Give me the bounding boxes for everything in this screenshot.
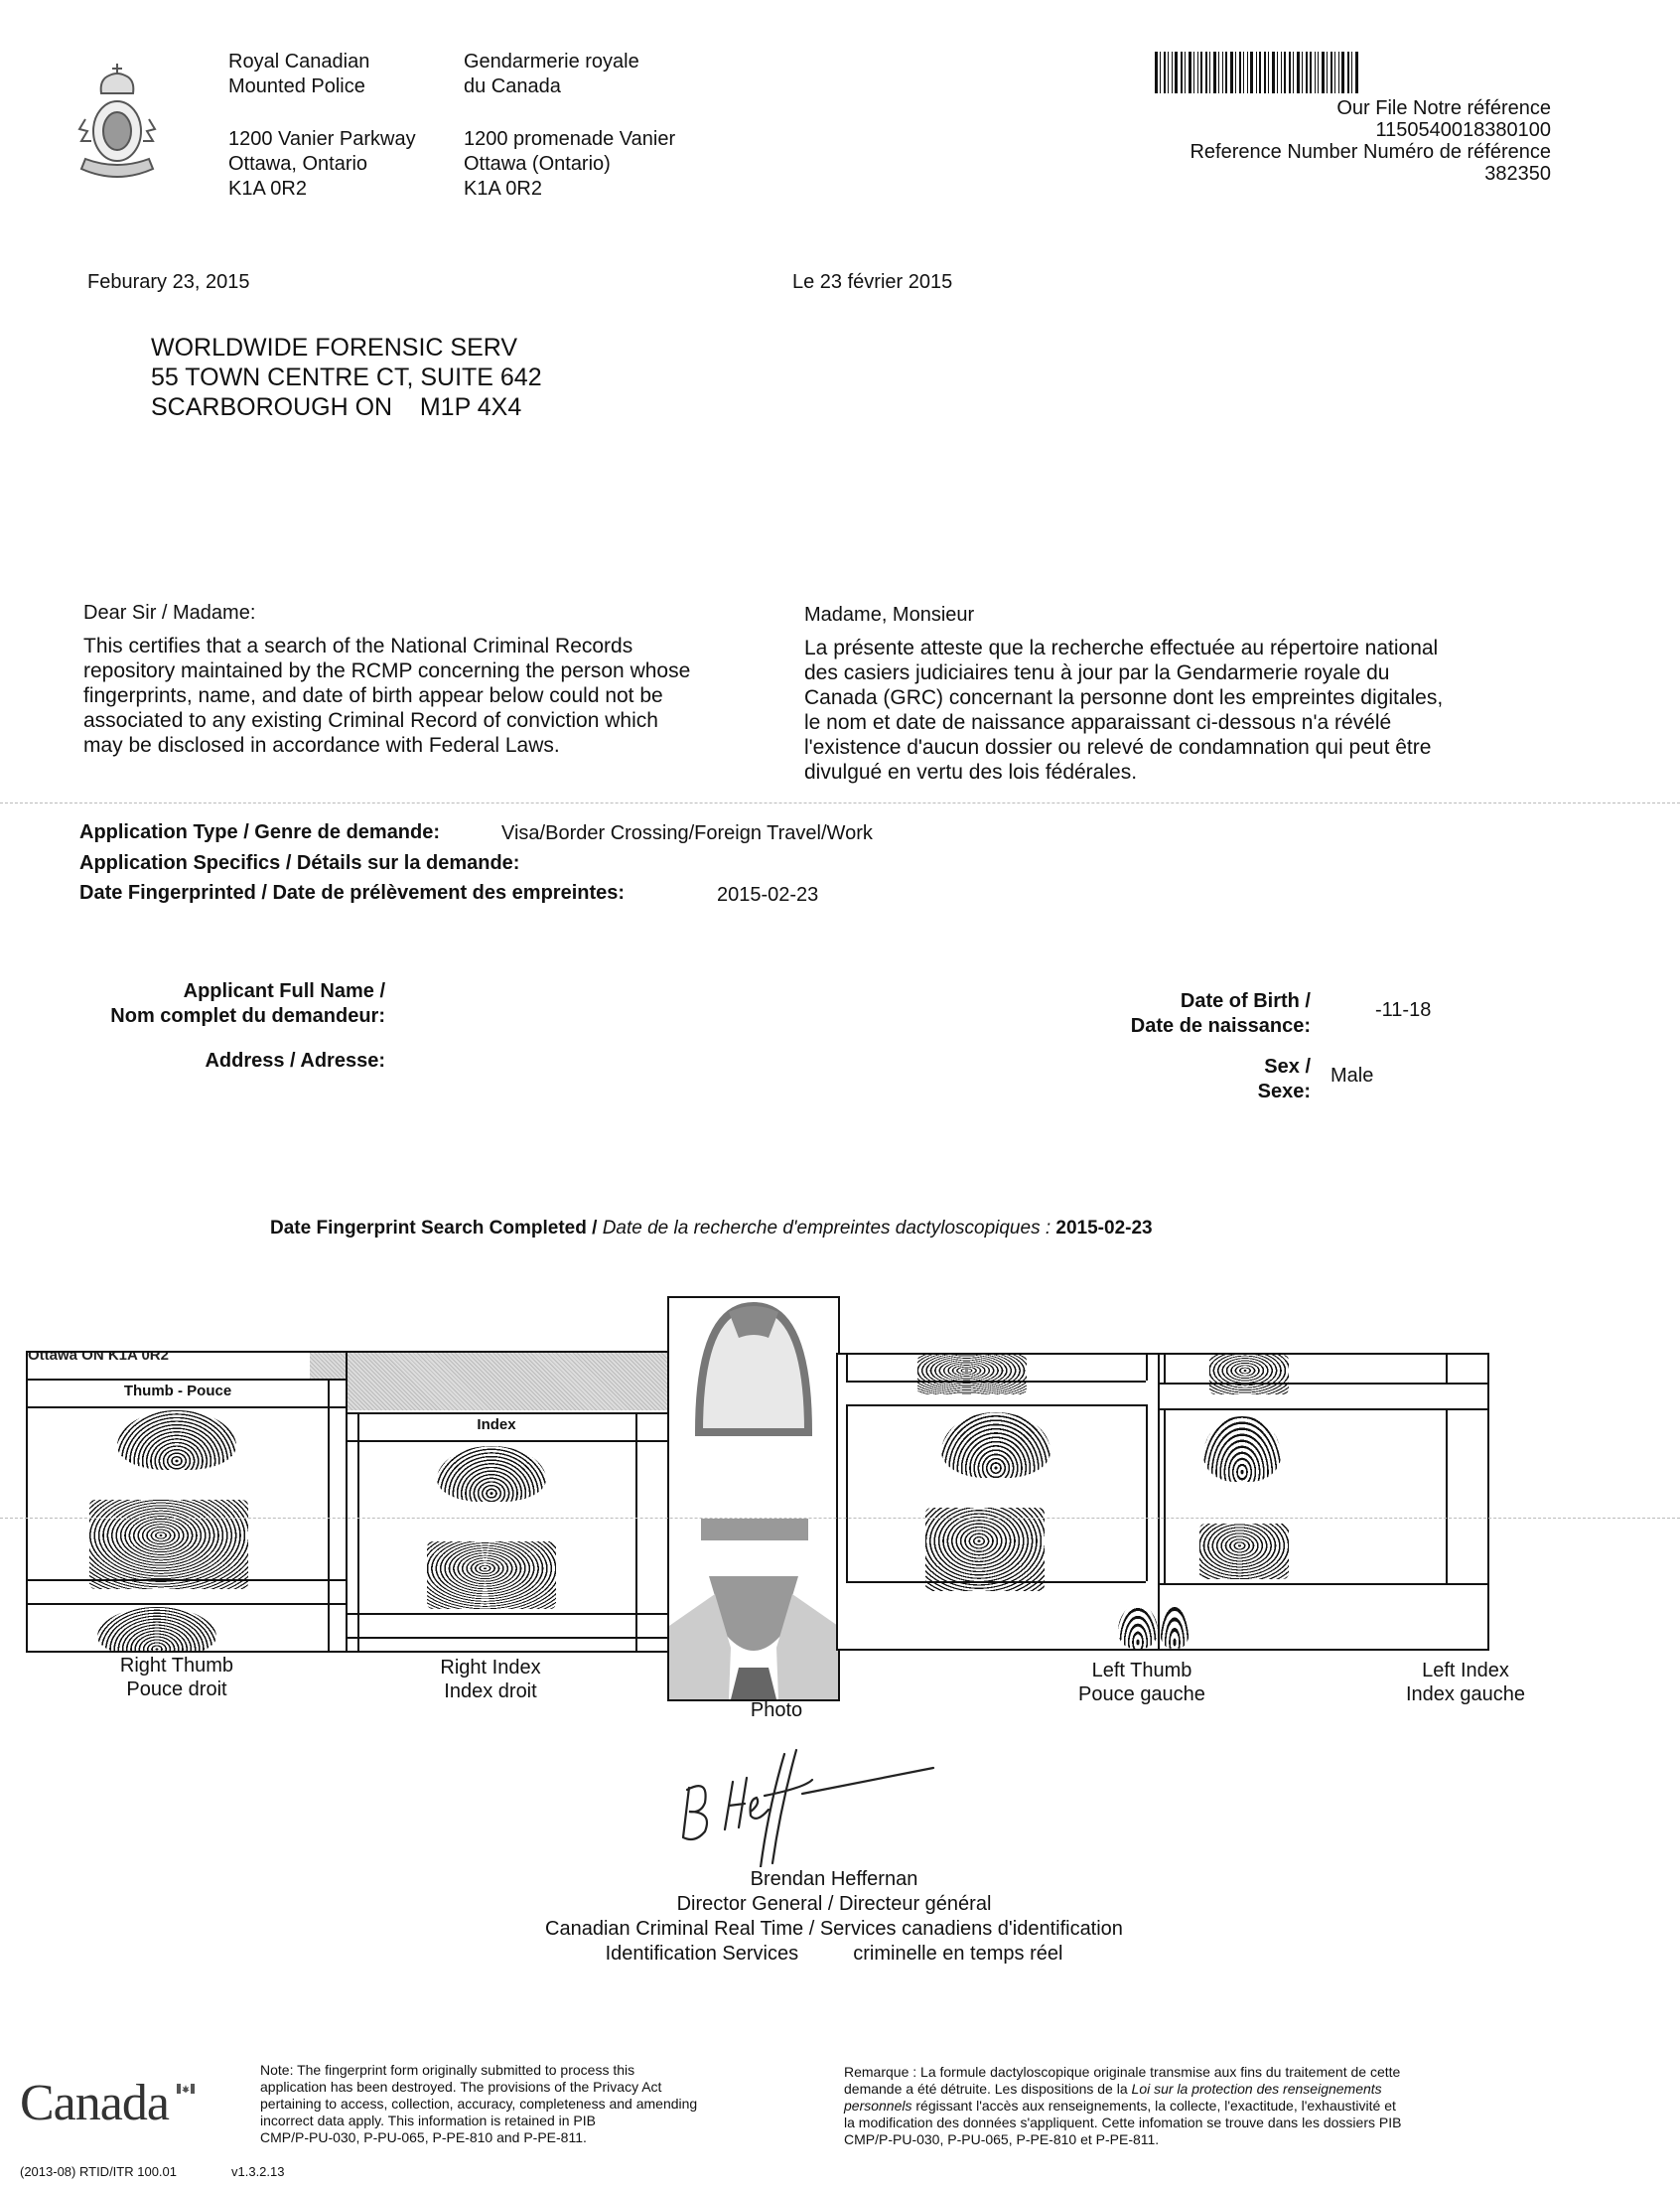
body-line: l'existence d'aucun dossier ou relevé de… <box>804 735 1519 760</box>
service-en: Identification Services <box>606 1943 799 1965</box>
address-line: K1A 0R2 <box>228 177 416 202</box>
paper-fold-line <box>0 803 1680 803</box>
org-line: Royal Canadian <box>228 50 369 74</box>
certification-text-fr: La présente atteste que la recherche eff… <box>804 636 1519 785</box>
body-line: des casiers judiciaires tenu à jour par … <box>804 660 1519 685</box>
note-line: application has been destroyed. The prov… <box>260 2079 796 2096</box>
note-line: CMP/P-PU-030, P-PU-065, P-PE-810 and P-P… <box>260 2129 796 2146</box>
label-line: Date de naissance: <box>1072 1014 1311 1039</box>
address-line: 1200 Vanier Parkway <box>228 127 416 152</box>
fingerprint-image <box>1199 1524 1289 1579</box>
search-completed-label-fr: Date de la recherche d'empreintes dactyl… <box>603 1218 1050 1239</box>
fingerprint-image <box>89 1500 248 1589</box>
fingerprint-image <box>437 1446 546 1502</box>
sex-value: Male <box>1330 1064 1373 1089</box>
form-version: v1.3.2.13 <box>231 2163 285 2180</box>
note-line: Note: The fingerprint form originally su… <box>260 2062 796 2079</box>
address-line: Ottawa, Ontario <box>228 152 416 177</box>
body-line: This certifies that a search of the Nati… <box>83 634 759 658</box>
org-name-en: Royal Canadian Mounted Police <box>228 50 369 99</box>
org-line: Gendarmerie royale <box>464 50 639 74</box>
salutation-en: Dear Sir / Madame: <box>83 601 255 626</box>
label-line: Nom complet du demandeur: <box>60 1004 385 1029</box>
signatory-service: Canadian Criminal Real Time / Services c… <box>427 1917 1241 1942</box>
note-run: personnels <box>844 2098 912 2114</box>
note-run: CMP/P-PU-030, P-PU-065, P-PE-810 et P-PE… <box>844 2131 1159 2147</box>
body-line: may be disclosed in accordance with Fede… <box>83 733 759 758</box>
service-fr: criminelle en temps réel <box>853 1943 1062 1965</box>
note-line: la modification des données s'appliquent… <box>844 2115 1479 2131</box>
note-run: Loi sur la protection des renseignements <box>1132 2081 1382 2097</box>
recipient-address: WORLDWIDE FORENSIC SERV 55 TOWN CENTRE C… <box>151 333 542 422</box>
privacy-note-en: Note: The fingerprint form originally su… <box>260 2062 796 2146</box>
recipient-line: SCARBOROUGH ON M1P 4X4 <box>151 392 542 422</box>
sex-label: Sex / Sexe: <box>1072 1055 1311 1104</box>
applicant-photo <box>667 1296 840 1701</box>
right-thumb-print-card: Ottawa ON K1A 0R2 Thumb - Pouce <box>26 1351 350 1653</box>
body-line: associated to any existing Criminal Reco… <box>83 708 759 733</box>
signatory-name: Brendan Heffernan <box>427 1867 1241 1892</box>
caption-fr: Index gauche <box>1366 1682 1565 1706</box>
canada-wordmark: Canada <box>20 2074 169 2132</box>
card-header-text: Ottawa ON K1A 0R2 <box>28 1351 169 1364</box>
body-line: divulgué en vertu des lois fédérales. <box>804 760 1519 785</box>
rcmp-crest-icon <box>77 60 157 195</box>
note-line: pertaining to access, collection, accura… <box>260 2096 796 2113</box>
reference-number-value: 382350 <box>1190 163 1551 185</box>
fingerprint-image <box>917 1355 1027 1394</box>
note-run: demande a été détruite. Les dispositions… <box>844 2081 1132 2097</box>
search-completed-line: Date Fingerprint Search Completed / Date… <box>270 1217 1153 1240</box>
signatory-service: Identification Services criminelle en te… <box>427 1942 1241 1967</box>
application-type-value: Visa/Border Crossing/Foreign Travel/Work <box>501 821 873 846</box>
signatory-block: Brendan Heffernan Director General / Dir… <box>427 1867 1241 1967</box>
caption-en: Left Thumb <box>1043 1659 1241 1682</box>
index-box-label: Index <box>357 1416 635 1433</box>
paper-fold-line <box>0 1518 1680 1519</box>
fingerprint-image <box>117 1410 236 1470</box>
note-line: Remarque : La formule dactyloscopique or… <box>844 2064 1479 2081</box>
privacy-note-fr: Remarque : La formule dactyloscopique or… <box>844 2064 1479 2148</box>
right-index-print-card: Index <box>346 1351 671 1653</box>
label-line: Sex / <box>1072 1055 1311 1080</box>
label-line: Date of Birth / <box>1072 989 1311 1014</box>
redacted-portrait-image <box>669 1298 838 1699</box>
date-of-birth-value: -11-18 <box>1375 998 1431 1023</box>
note-line: demande a été détruite. Les dispositions… <box>844 2081 1479 2098</box>
caption-fr: Index droit <box>391 1679 590 1703</box>
fingerprint-image <box>1160 1605 1190 1649</box>
org-line: du Canada <box>464 74 639 99</box>
applicant-name-label: Applicant Full Name / Nom complet du dem… <box>60 979 385 1029</box>
application-specifics-label: Application Specifics / Détails sur la d… <box>79 851 519 876</box>
caption-left-index: Left Index Index gauche <box>1366 1659 1565 1706</box>
signatory-title: Director General / Directeur général <box>427 1892 1241 1917</box>
note-line: CMP/P-PU-030, P-PU-065, P-PE-810 et P-PE… <box>844 2131 1479 2148</box>
signature-image <box>665 1748 953 1867</box>
fingerprint-image <box>941 1412 1050 1478</box>
caption-fr: Pouce gauche <box>1043 1682 1241 1706</box>
salutation-fr: Madame, Monsieur <box>804 603 974 628</box>
org-address-fr: 1200 promenade Vanier Ottawa (Ontario) K… <box>464 127 675 202</box>
caption-fr: Pouce droit <box>77 1678 276 1701</box>
caption-left-thumb: Left Thumb Pouce gauche <box>1043 1659 1241 1706</box>
body-line: le nom et date de naissance apparaissant… <box>804 710 1519 735</box>
fingerprint-image <box>1209 1355 1289 1394</box>
note-run: Remarque : La formule dactyloscopique or… <box>844 2064 1400 2080</box>
scan-noise <box>310 1353 350 1379</box>
recipient-line: 55 TOWN CENTRE CT, SUITE 642 <box>151 363 542 392</box>
fingerprint-image <box>97 1607 216 1653</box>
application-type-label: Application Type / Genre de demande: <box>79 820 440 845</box>
thumb-box-label: Thumb - Pouce <box>28 1383 328 1399</box>
body-line: fingerprints, name, and date of birth ap… <box>83 683 759 708</box>
note-run: la modification des données s'appliquent… <box>844 2115 1401 2130</box>
org-name-fr: Gendarmerie royale du Canada <box>464 50 639 99</box>
recipient-line: WORLDWIDE FORENSIC SERV <box>151 333 542 363</box>
canada-flag-icon <box>177 2084 195 2094</box>
note-line: personnels régissant l'accès aux renseig… <box>844 2098 1479 2115</box>
reference-number-label: Reference Number Numéro de référence <box>1190 141 1551 163</box>
caption-en: Photo <box>727 1698 826 1722</box>
note-line: incorrect data apply. This information i… <box>260 2113 796 2129</box>
fingerprint-image <box>427 1541 556 1609</box>
our-file-value: 1150540018380100 <box>1190 119 1551 141</box>
caption-right-index: Right Index Index droit <box>391 1656 590 1703</box>
left-index-print-card <box>1158 1353 1489 1651</box>
label-line: Sexe: <box>1072 1080 1311 1104</box>
fingerprint-image <box>1118 1605 1158 1649</box>
search-completed-value: 2015-02-23 <box>1055 1218 1152 1239</box>
certification-text-en: This certifies that a search of the Nati… <box>83 634 759 758</box>
date-of-birth-label: Date of Birth / Date de naissance: <box>1072 989 1311 1039</box>
fingerprint-image <box>925 1508 1045 1591</box>
note-run: régissant l'accès aux renseignements, la… <box>912 2098 1396 2114</box>
reference-block: Our File Notre référence 115054001838010… <box>1190 97 1551 185</box>
caption-en: Right Thumb <box>77 1654 276 1678</box>
body-line: Canada (GRC) concernant la personne dont… <box>804 685 1519 710</box>
caption-photo: Photo <box>727 1698 826 1722</box>
form-code: (2013-08) RTID/ITR 100.01 <box>20 2163 177 2180</box>
address-line: Ottawa (Ontario) <box>464 152 675 177</box>
caption-en: Right Index <box>391 1656 590 1679</box>
address-line: K1A 0R2 <box>464 177 675 202</box>
label-line: Applicant Full Name / <box>60 979 385 1004</box>
org-line: Mounted Police <box>228 74 369 99</box>
body-line: La présente atteste que la recherche eff… <box>804 636 1519 660</box>
applicant-address-label: Address / Adresse: <box>60 1049 385 1074</box>
search-completed-label-en: Date Fingerprint Search Completed / <box>270 1218 597 1239</box>
address-line: 1200 promenade Vanier <box>464 127 675 152</box>
fingerprint-image <box>1203 1416 1281 1482</box>
date-fingerprinted-value: 2015-02-23 <box>717 883 818 908</box>
left-thumb-print-card <box>836 1353 1162 1651</box>
date-french: Le 23 février 2015 <box>792 270 952 295</box>
our-file-label: Our File Notre référence <box>1190 97 1551 119</box>
caption-en: Left Index <box>1366 1659 1565 1682</box>
date-fingerprinted-label: Date Fingerprinted / Date de prélèvement… <box>79 881 625 906</box>
barcode-icon <box>1155 52 1433 93</box>
date-english: Feburary 23, 2015 <box>87 270 249 295</box>
org-address-en: 1200 Vanier Parkway Ottawa, Ontario K1A … <box>228 127 416 202</box>
body-line: repository maintained by the RCMP concer… <box>83 658 759 683</box>
caption-right-thumb: Right Thumb Pouce droit <box>77 1654 276 1701</box>
scan-noise <box>348 1353 669 1410</box>
